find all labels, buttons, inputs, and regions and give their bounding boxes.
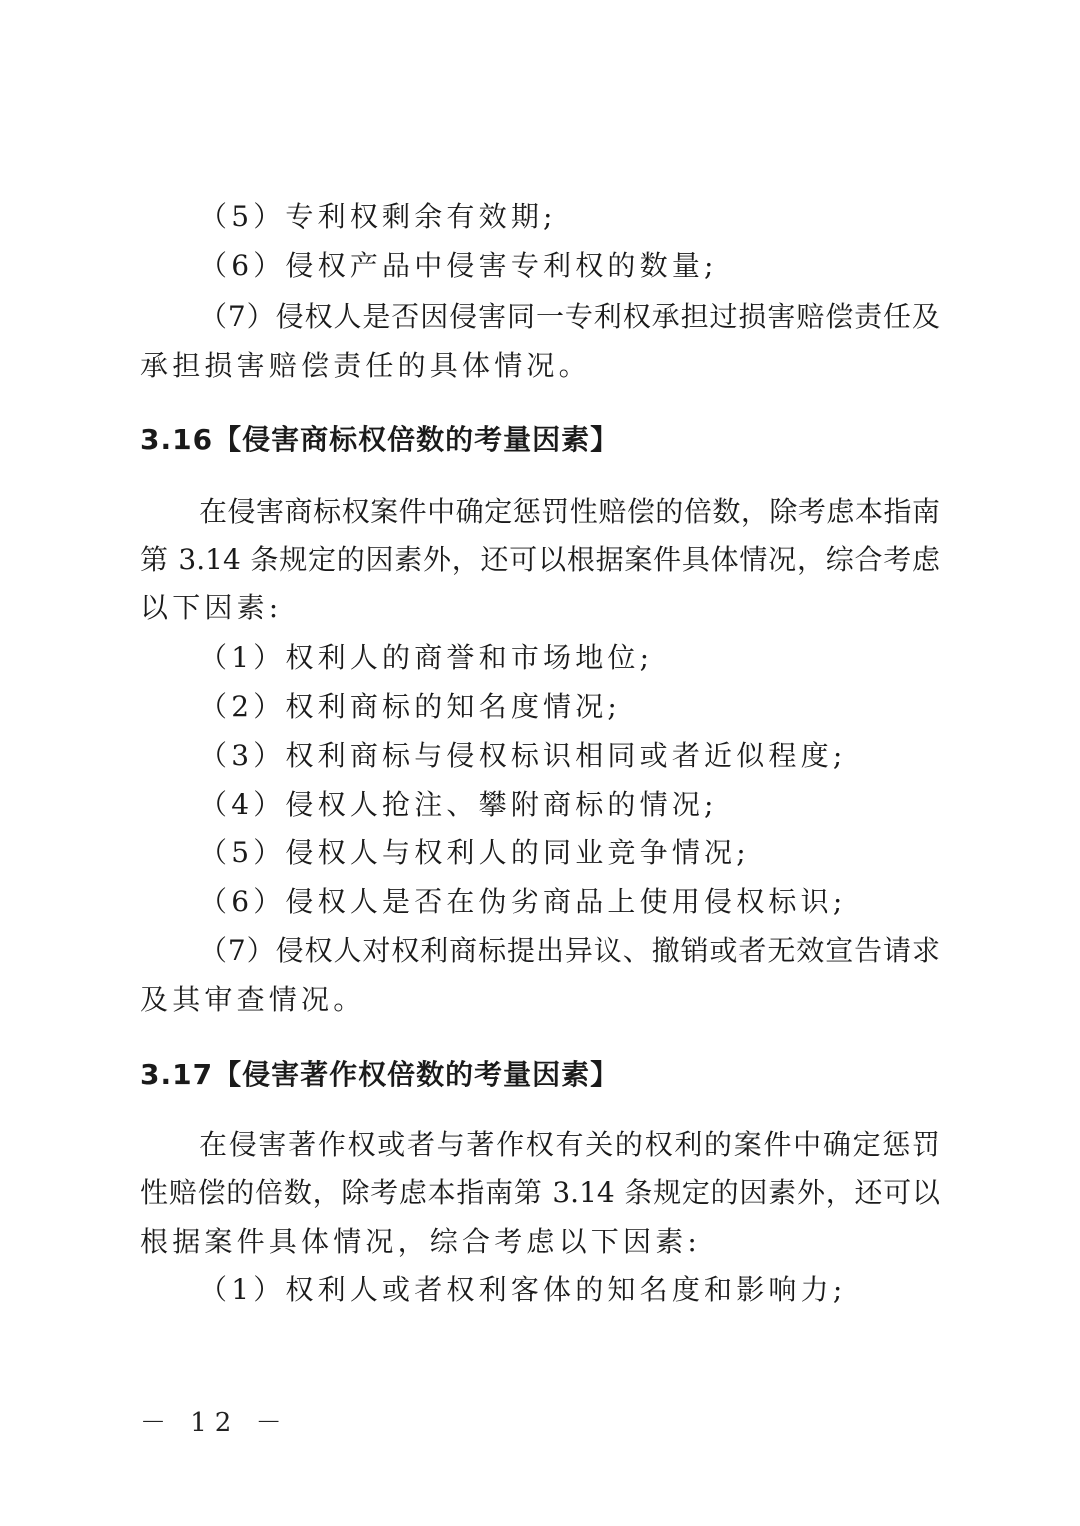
list-item: （5）专利权剩余有效期; [199,199,940,235]
paragraph-line: 根据案件具体情况，综合考虑以下因素: [140,1224,940,1260]
page-number: － 12 － [140,1402,290,1439]
list-item: （2）权利商标的知名度情况; [199,689,940,725]
list-item: （1）权利人或者权利客体的知名度和影响力; [199,1272,940,1308]
paragraph-line: 在侵害著作权或者与著作权有关的权利的案件中确定惩罚 [199,1127,940,1163]
paragraph-line: 第 3.14 条规定的因素外，还可以根据案件具体情况，综合考虑 [140,542,940,578]
section-heading-3-16: 3.16【侵害商标权倍数的考量因素】 [140,422,940,458]
paragraph-line: 在侵害商标权案件中确定惩罚性赔偿的倍数，除考虑本指南 [199,494,940,530]
list-item: （4）侵权人抢注、攀附商标的情况; [199,787,940,823]
section-heading-3-17: 3.17【侵害著作权倍数的考量因素】 [140,1057,940,1093]
list-item: （1）权利人的商誉和市场地位; [199,640,940,676]
list-item-continuation: 及其审查情况。 [140,982,940,1018]
paragraph-line: 以下因素: [140,590,940,626]
list-item: （3）权利商标与侵权标识相同或者近似程度; [199,738,940,774]
list-item: （7）侵权人对权利商标提出异议、撤销或者无效宣告请求 [199,933,940,969]
list-item: （6）侵权人是否在伪劣商品上使用侵权标识; [199,884,940,920]
document-page: （5）专利权剩余有效期; （6）侵权产品中侵害专利权的数量; （7）侵权人是否因… [0,0,1080,1526]
list-item: （5）侵权人与权利人的同业竞争情况; [199,835,940,871]
list-item-continuation: 承担损害赔偿责任的具体情况。 [140,348,940,384]
list-item: （6）侵权产品中侵害专利权的数量; [199,248,940,284]
list-item: （7）侵权人是否因侵害同一专利权承担过损害赔偿责任及 [199,299,940,335]
paragraph-line: 性赔偿的倍数，除考虑本指南第 3.14 条规定的因素外，还可以 [140,1175,940,1211]
